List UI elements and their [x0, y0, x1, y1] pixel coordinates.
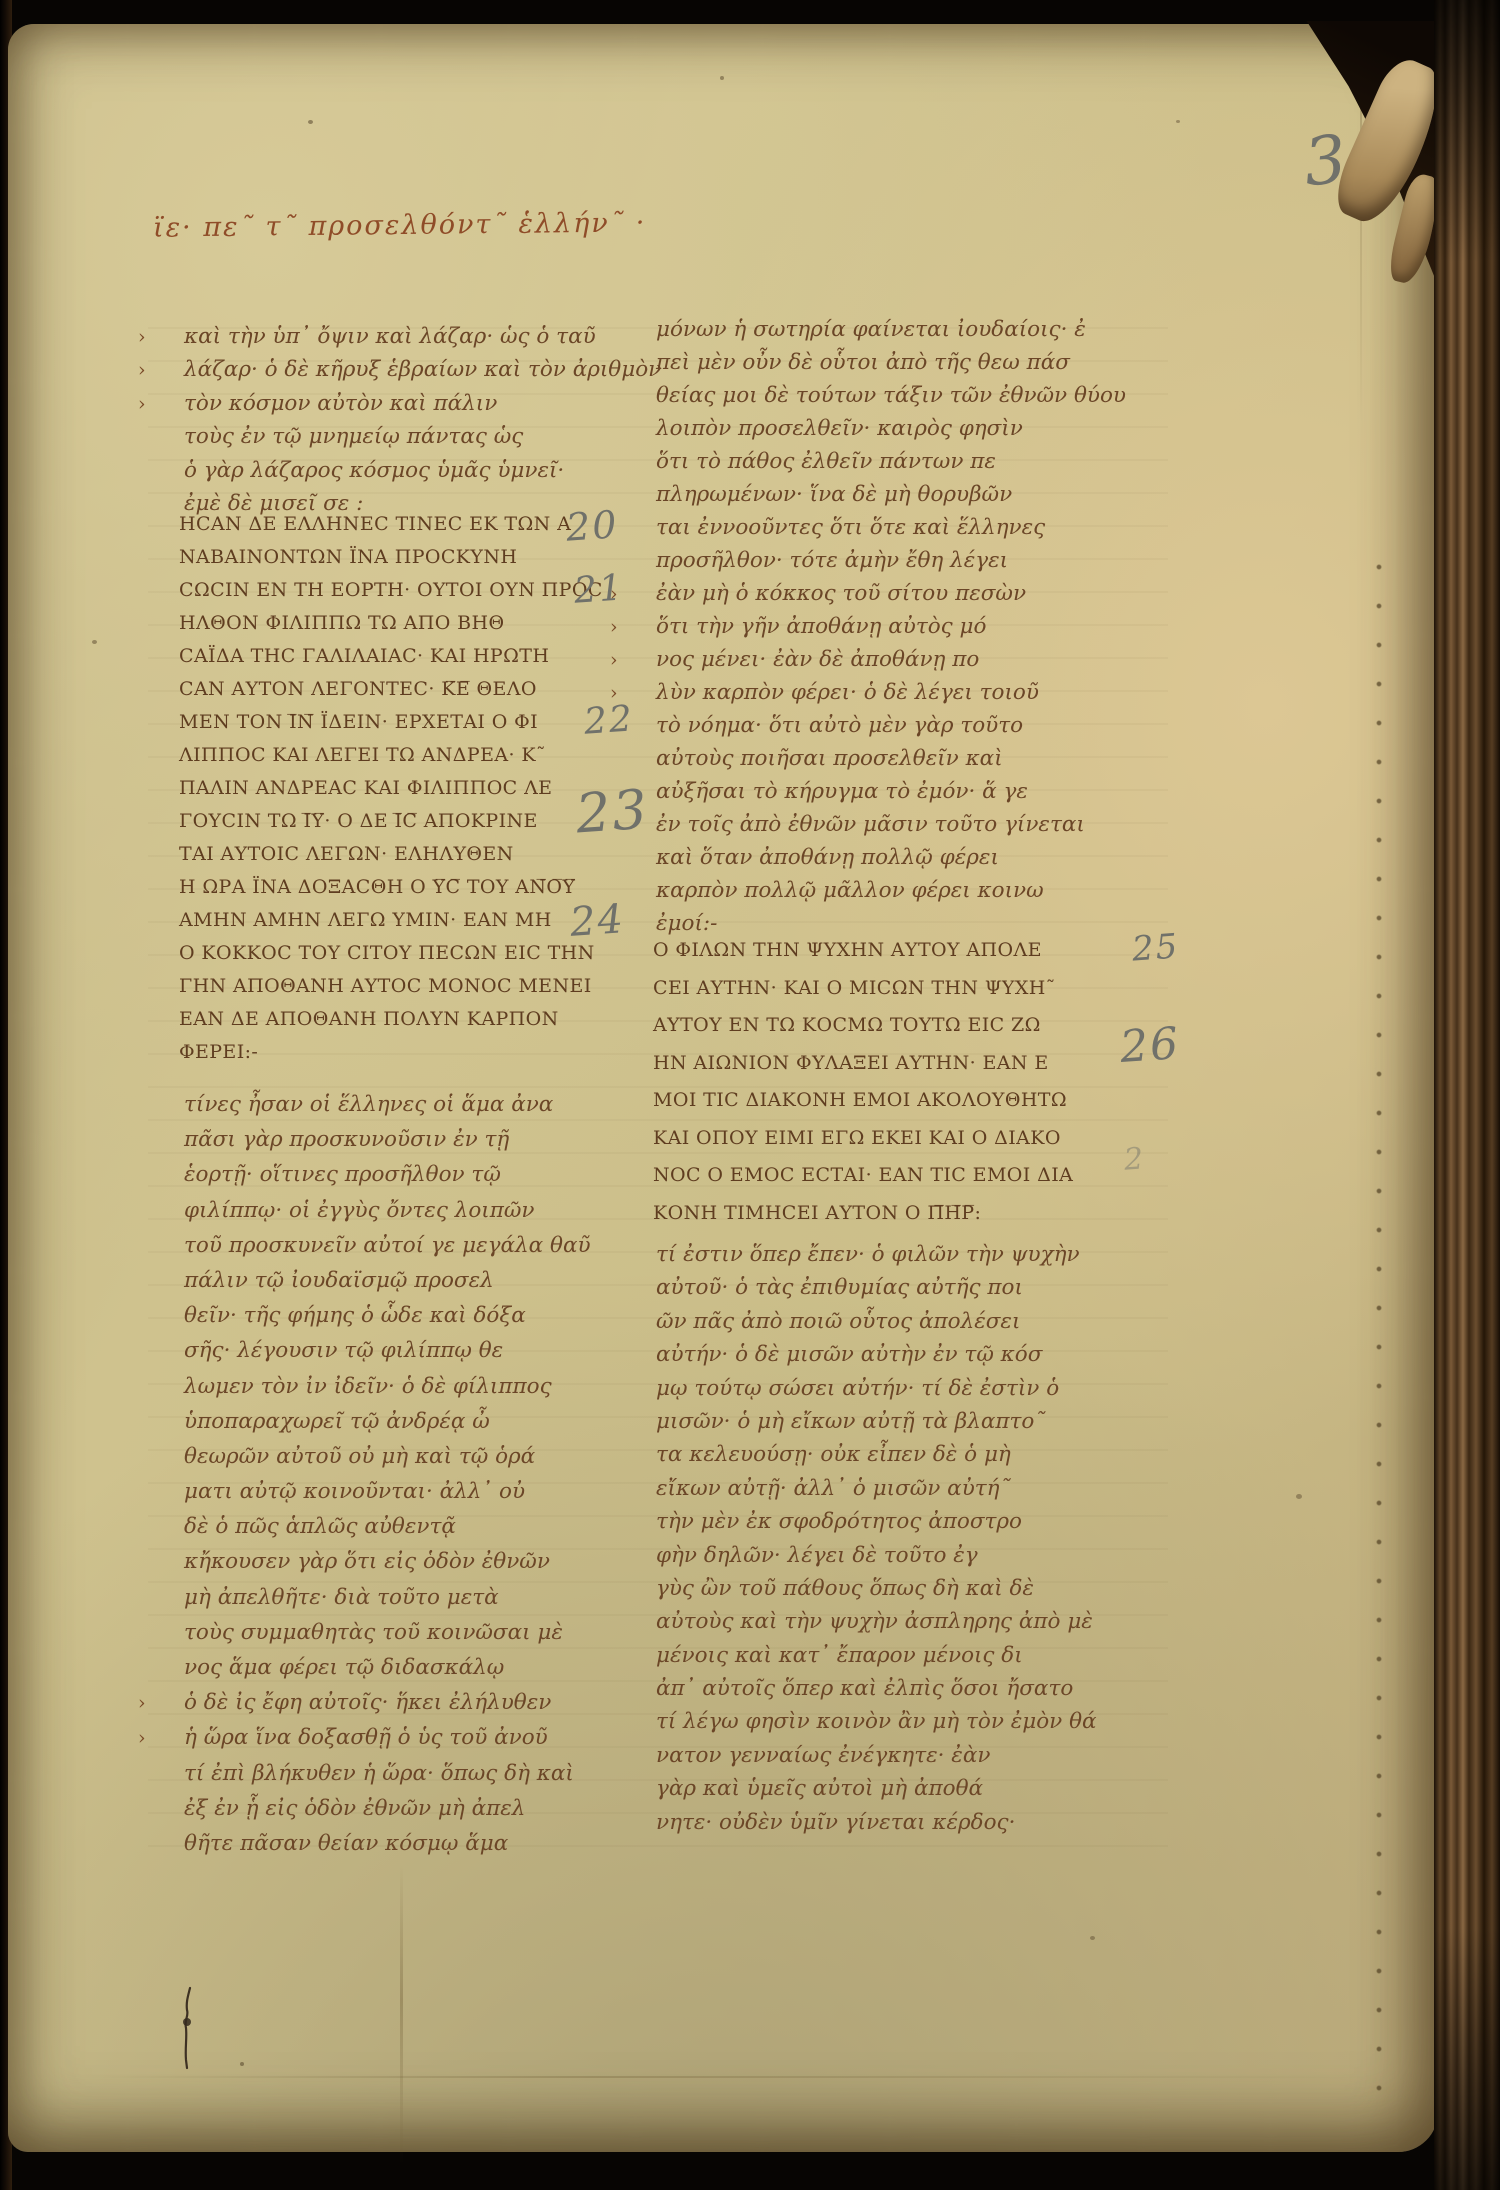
- manuscript-line: προσῆλθον· τότε ἀμὴν ἔθη λέγει: [656, 548, 1126, 581]
- ink-blot: [178, 1986, 198, 2070]
- manuscript-photo: 36 ϊε· πε῀ τ῀ προσελθόντ῀ ἑλλήν῀ · ›καὶ …: [0, 0, 1500, 2190]
- text-block-right_gospel: Ο ΦΙΛΩΝ ΤΗΝ ΨΥΧΗΝ ΑΥΤΟΥ ΑΠΟΛΕϹΕΙ ΑΥΤΗΝ· …: [653, 939, 1073, 1239]
- manuscript-line: ΗΛΘΟΝ ΦΙΛΙΠΠΩ ΤΩ ΑΠΟ ΒΗΘ: [179, 612, 603, 645]
- manuscript-line: τὸ νόημα· ὅτι αὐτὸ μὲν γὰρ τοῦτο: [656, 713, 1126, 746]
- manuscript-line: ΕΑΝ ΔΕ ΑΠΟΘΑΝΗ ΠΟΛΥΝ ΚΑΡΠΟΝ: [179, 1008, 603, 1041]
- manuscript-line: ὑποπαραχωρεῖ τῷ ἀνδρέᾳ ὦ: [184, 1409, 591, 1444]
- manuscript-line: ΝΟϹ Ο ΕΜΟϹ ΕϹΤΑΙ· ΕΑΝ ΤΙϹ ΕΜΟΙ ΔΙΑ: [653, 1164, 1073, 1202]
- manuscript-line: τοὺς ἐν τῷ μνημείῳ πάντας ὡς: [184, 424, 661, 457]
- manuscript-line: ΓΟΥϹΙΝ ΤΩ Ι̅Υ̅· Ο ΔΕ Ι̅Ϲ̅ ΑΠΟΚΡΙΝΕ: [179, 810, 603, 843]
- manuscript-line: ΗϹΑΝ ΔΕ ΕΛΛΗΝΕϹ ΤΙΝΕϹ ΕΚ ΤΩΝ Α: [179, 513, 603, 546]
- fore-edge-page-stack: [1434, 0, 1500, 2190]
- manuscript-line: γὰρ καὶ ὑμεῖς αὐτοὶ μὴ ἀποθά: [656, 1776, 1097, 1809]
- speck: [92, 640, 97, 644]
- diple-quotation-mark: ›: [138, 393, 146, 415]
- manuscript-line: ἀπ᾽ αὐτοῖς ὅπερ καὶ ἐλπὶς ὅσοι ἤσατο: [656, 1676, 1097, 1709]
- manuscript-line: φιλίππῳ· οἱ ἐγγὺς ὄντες λοιπῶν: [184, 1198, 591, 1233]
- manuscript-line: ὅτι τὸ πάθος ἐλθεῖν πάντων πε: [656, 449, 1126, 482]
- prick-marks: [1376, 564, 1382, 2124]
- manuscript-line: ΗΝ ΑΙΩΝΙΟΝ ΦΥΛΑΞΕΙ ΑΥΤΗΝ· ΕΑΝ Ε: [653, 1052, 1073, 1090]
- manuscript-line: ΚΟΝΗ ΤΙΜΗϹΕΙ ΑΥΤΟΝ Ο Π̅Η̅Ρ̅:: [653, 1202, 1073, 1240]
- manuscript-line: ›νος μένει· ἐὰν δὲ ἀποθάνῃ πο: [656, 647, 1126, 680]
- manuscript-line: τί ἐστιν ὅπερ ἔπεν· ὁ φιλῶν τὴν ψυχὴν: [656, 1242, 1097, 1275]
- crease: [400, 1864, 403, 2164]
- manuscript-line: μισῶν· ὁ μὴ εἴκων αὐτῇ τὰ βλαπτο῀: [656, 1409, 1097, 1442]
- manuscript-line: εἴκων αὐτῇ· ἀλλ᾽ ὁ μισῶν αὐτή῀: [656, 1476, 1097, 1509]
- pencil-verse-number: 22: [583, 698, 636, 742]
- manuscript-line: ΦΕΡΕΙ:-: [179, 1041, 603, 1074]
- manuscript-line: τοῦ προσκυνεῖν αὐτοί γε μεγάλα θαῦ: [184, 1233, 591, 1268]
- pencil-verse-number: 24: [568, 896, 626, 946]
- manuscript-line: φὴν δηλῶν· λέγει δὲ τοῦτο ἐγ: [656, 1543, 1097, 1576]
- manuscript-line: ΚΑΙ ΟΠΟΥ ΕΙΜΙ ΕΓΩ ΕΚΕΙ ΚΑΙ Ο ΔΙΑΚΟ: [653, 1127, 1073, 1165]
- manuscript-line: νατον γενναίως ἐνέγκητε· ἐὰν: [656, 1743, 1097, 1776]
- text-block-left_comm: τίνες ἦσαν οἱ ἕλληνες οἱ ἅμα ἀναπᾶσι γὰρ…: [184, 1092, 591, 1866]
- manuscript-line: μόνων ἡ σωτηρία φαίνεται ἰουδαίοις· ἐ: [656, 317, 1126, 350]
- diple-quotation-mark: ›: [138, 326, 146, 348]
- manuscript-line: ›ἐὰν μὴ ὁ κόκκος τοῦ σίτου πεσὼν: [656, 581, 1126, 614]
- manuscript-line: ›λὺν καρπὸν φέρει· ὁ δὲ λέγει τοιοῦ: [656, 680, 1126, 713]
- manuscript-line: αὐτοὺς καὶ τὴν ψυχὴν ἀσπληρης ἀπὸ μὲ: [656, 1609, 1097, 1642]
- manuscript-line: ΛΙΠΠΟϹ ΚΑΙ ΛΕΓΕΙ ΤΩ ΑΝΔΡΕΑ· Κ῀: [179, 744, 603, 777]
- manuscript-line: ΝΑΒΑΙΝΟΝΤΩΝ ΪΝΑ ΠΡΟϹΚΥΝΗ: [179, 546, 603, 579]
- manuscript-line: νητε· οὐδὲν ὑμῖν γίνεται κέρδος·: [656, 1810, 1097, 1843]
- manuscript-line: θῆτε πᾶσαν θείαν κόσμῳ ἅμα: [184, 1831, 591, 1866]
- speck: [1176, 120, 1180, 123]
- manuscript-line: Ο ΚΟΚΚΟϹ ΤΟΥ ϹΙΤΟΥ ΠΕϹΩΝ ΕΙϹ ΤΗΝ: [179, 942, 603, 975]
- manuscript-line: ΤΑΙ ΑΥΤΟΙϹ ΛΕΓΩΝ· ΕΛΗΛΥΘΕΝ: [179, 843, 603, 876]
- speck: [240, 2062, 244, 2066]
- crease: [98, 2076, 1338, 2078]
- manuscript-line: αὐτήν· ὁ δὲ μισῶν αὐτὴν ἐν τῷ κόσ: [656, 1342, 1097, 1375]
- pencil-verse-number: 23: [574, 778, 651, 846]
- manuscript-line: κἤκουσεν γὰρ ὅτι εἰς ὁδὸν ἐθνῶν: [184, 1549, 591, 1584]
- manuscript-line: λοιπὸν προσελθεῖν· καιρὸς φησὶν: [656, 416, 1126, 449]
- manuscript-line: ΠΑΛΙΝ ΑΝΔΡΕΑϹ ΚΑΙ ΦΙΛΙΠΠΟϹ ΛΕ: [179, 777, 603, 810]
- manuscript-line: αὐτοὺς ποιῆσαι προσελθεῖν καὶ: [656, 746, 1126, 779]
- manuscript-line: μένοις καὶ κατ᾽ ἔπαρον μένοις δι: [656, 1643, 1097, 1676]
- manuscript-line: τοὺς συμμαθητὰς τοῦ κοινῶσαι μὲ: [184, 1620, 591, 1655]
- manuscript-line: τί ἐπὶ βλήκυθεν ἡ ὥρα· ὅπως δὴ καὶ: [184, 1761, 591, 1796]
- manuscript-line: θεῖν· τῆς φήμης ὁ ὧδε καὶ δόξα: [184, 1303, 591, 1338]
- manuscript-line: τίνες ἦσαν οἱ ἕλληνες οἱ ἅμα ἀνα: [184, 1092, 591, 1127]
- chapter-title-rubric: ϊε· πε῀ τ῀ προσελθόντ῀ ἑλλήν῀ ·: [153, 207, 647, 243]
- manuscript-line: μῳ τούτῳ σώσει αὐτήν· τί δὲ ἐστὶν ὁ: [656, 1376, 1097, 1409]
- manuscript-line: λωμεν τὸν ἰν ἰδεῖν· ὁ δὲ φίλιππος: [184, 1374, 591, 1409]
- manuscript-line: ›ὁ δὲ ἰς ἔφη αὐτοῖς· ἥκει ἐλήλυθεν: [184, 1690, 591, 1725]
- manuscript-line: ΜΟΙ ΤΙϹ ΔΙΑΚΟΝΗ ΕΜΟΙ ΑΚΟΛΟΥΘΗΤΩ: [653, 1089, 1073, 1127]
- manuscript-line: ϹΩϹΙΝ ΕΝ ΤΗ ΕΟΡΤΗ· ΟΥΤΟΙ ΟΥΝ ΠΡΟϹ: [179, 579, 603, 612]
- pencil-verse-number: 21: [573, 567, 626, 611]
- parchment-page: 36 ϊε· πε῀ τ῀ προσελθόντ῀ ἑλλήν῀ · ›καὶ …: [8, 24, 1438, 2152]
- manuscript-line: ὁ γὰρ λάζαρος κόσμος ὑμᾶς ὑμνεῖ·: [184, 458, 661, 491]
- manuscript-line: θεωρῶν αὐτοῦ οὐ μὴ καὶ τῷ ὁρά: [184, 1444, 591, 1479]
- manuscript-line: Η ΩΡΑ ΪΝΑ ΔΟΞΑϹΘΗ Ο Υ̅Ϲ̅ ΤΟΥ ΑΝ̅Ο̅Υ̅: [179, 876, 603, 909]
- manuscript-line: καρπὸν πολλῷ μᾶλλον φέρει κοινω: [656, 878, 1126, 911]
- manuscript-line: πληρωμένων· ἵνα δὲ μὴ θορυβῶν: [656, 482, 1126, 515]
- manuscript-line: πάλιν τῷ ἰουδαϊσμῷ προσελ: [184, 1268, 591, 1303]
- manuscript-line: πᾶσι γὰρ προσκυνοῦσιν ἐν τῇ: [184, 1127, 591, 1162]
- manuscript-line: σῆς· λέγουσιν τῷ φιλίππῳ θε: [184, 1338, 591, 1373]
- speck: [720, 76, 724, 80]
- diple-quotation-mark: ›: [138, 1692, 146, 1714]
- speck: [1296, 1494, 1302, 1499]
- manuscript-line: ›τὸν κόσμον αὐτὸν καὶ πάλιν: [184, 391, 661, 424]
- manuscript-line: ἐν τοῖς ἀπὸ ἐθνῶν μᾶσιν τοῦτο γίνεται: [656, 812, 1126, 845]
- manuscript-line: ΑΜΗΝ ΑΜΗΝ ΛΕΓΩ ΥΜΙΝ· ΕΑΝ ΜΗ: [179, 909, 603, 942]
- manuscript-line: γὺς ὢν τοῦ πάθους ὅπως δὴ καὶ δὲ: [656, 1576, 1097, 1609]
- manuscript-line: ῶν πᾶς ἀπὸ ποιῶ οὗτος ἀπολέσει: [656, 1309, 1097, 1342]
- manuscript-line: καὶ ὅταν ἀποθάνῃ πολλῷ φέρει: [656, 845, 1126, 878]
- pencil-verse-number: 25: [1131, 926, 1181, 969]
- manuscript-line: ΓΗΝ ΑΠΟΘΑΝΗ ΑΥΤΟϹ ΜΟΝΟϹ ΜΕΝΕΙ: [179, 975, 603, 1008]
- manuscript-line: ›καὶ τὴν ὑπ᾽ ὄψιν καὶ λάζαρ· ὡς ὁ ταῦ: [184, 324, 661, 357]
- manuscript-line: θείας μοι δὲ τούτων τάξιν τῶν ἐθνῶν θύου: [656, 383, 1126, 416]
- manuscript-line: μὴ ἀπελθῆτε· διὰ τοῦτο μετὰ: [184, 1585, 591, 1620]
- manuscript-line: ΜΕΝ ΤΟΝ Ι̅Ν̅ ΪΔΕΙΝ· ΕΡΧΕΤΑΙ Ο ΦΙ: [179, 711, 603, 744]
- manuscript-line: ἑορτῇ· οἵτινες προσῆλθον τῷ: [184, 1162, 591, 1197]
- speck: [1090, 1936, 1095, 1940]
- text-block-right_comm1: μόνων ἡ σωτηρία φαίνεται ἰουδαίοις· ἐπεὶ…: [656, 317, 1126, 944]
- manuscript-line: ›ὅτι τὴν γῆν ἀποθάνῃ αὐτὸς μό: [656, 614, 1126, 647]
- manuscript-line: ϹΑΝ ΑΥΤΟΝ ΛΕΓΟΝΤΕϹ· Κ̅Ε̅ ΘΕΛΟ: [179, 678, 603, 711]
- text-block-left_intro: ›καὶ τὴν ὑπ᾽ ὄψιν καὶ λάζαρ· ὡς ὁ ταῦ›λά…: [184, 324, 661, 524]
- manuscript-line: ϹΑΪΔΑ ΤΗϹ ΓΑΛΙΛΑΙΑϹ· ΚΑΙ ΗΡΩΤΗ: [179, 645, 603, 678]
- manuscript-line: πεὶ μὲν οὖν δὲ οὗτοι ἀπὸ τῆς θεω πάσ: [656, 350, 1126, 383]
- diple-quotation-mark: ›: [138, 1727, 146, 1749]
- manuscript-line: αὐτοῦ· ὁ τὰς ἐπιθυμίας αὐτῆς ποι: [656, 1275, 1097, 1308]
- manuscript-line: νος ἅμα φέρει τῷ διδασκάλῳ: [184, 1655, 591, 1690]
- text-block-left_gospel: ΗϹΑΝ ΔΕ ΕΛΛΗΝΕϹ ΤΙΝΕϹ ΕΚ ΤΩΝ ΑΝΑΒΑΙΝΟΝΤΩ…: [179, 513, 603, 1074]
- manuscript-line: αὐξῆσαι τὸ κήρυγμα τὸ ἐμόν· ἅ γε: [656, 779, 1126, 812]
- pencil-verse-number: 26: [1118, 1018, 1181, 1073]
- manuscript-line: ται ἐννοοῦντες ὅτι ὅτε καὶ ἕλληνες: [656, 515, 1126, 548]
- diple-quotation-mark: ›: [610, 649, 618, 671]
- speck: [308, 120, 313, 124]
- manuscript-line: τὴν μὲν ἐκ σφοδρότητος ἀποστρο: [656, 1509, 1097, 1542]
- diple-quotation-mark: ›: [138, 359, 146, 381]
- pencil-verse-number: 2: [1123, 1141, 1146, 1177]
- manuscript-line: τί λέγω φησὶν κοινὸν ἂν μὴ τὸν ἐμὸν θά: [656, 1709, 1097, 1742]
- diple-quotation-mark: ›: [610, 616, 618, 638]
- manuscript-line: τα κελευούσῃ· οὐκ εἶπεν δὲ ὁ μὴ: [656, 1442, 1097, 1475]
- manuscript-line: δὲ ὁ πῶς ἁπλῶς αὐθεντᾷ: [184, 1514, 591, 1549]
- manuscript-line: ›ἡ ὥρα ἵνα δοξασθῇ ὁ ὑς τοῦ ἀνοῦ: [184, 1725, 591, 1760]
- text-block-right_comm2: τί ἐστιν ὅπερ ἔπεν· ὁ φιλῶν τὴν ψυχὴναὐτ…: [656, 1242, 1097, 1843]
- manuscript-line: ΑΥΤΟΥ ΕΝ ΤΩ ΚΟϹΜΩ ΤΟΥΤΩ ΕΙϹ ΖΩ: [653, 1014, 1073, 1052]
- manuscript-line: ›λάζαρ· ὁ δὲ κῆρυξ ἑβραίων καὶ τὸν ἀριθμ…: [184, 357, 661, 390]
- pencil-verse-number: 20: [565, 502, 620, 550]
- manuscript-line: ματι αὐτῷ κοινοῦνται· ἀλλ᾽ οὐ: [184, 1479, 591, 1514]
- manuscript-line: ϹΕΙ ΑΥΤΗΝ· ΚΑΙ Ο ΜΙϹΩΝ ΤΗΝ ΨΥΧΗ῀: [653, 977, 1073, 1015]
- manuscript-line: ἐξ ἐν ᾗ εἰς ὁδὸν ἐθνῶν μὴ ἀπελ: [184, 1796, 591, 1831]
- manuscript-line: Ο ΦΙΛΩΝ ΤΗΝ ΨΥΧΗΝ ΑΥΤΟΥ ΑΠΟΛΕ: [653, 939, 1073, 977]
